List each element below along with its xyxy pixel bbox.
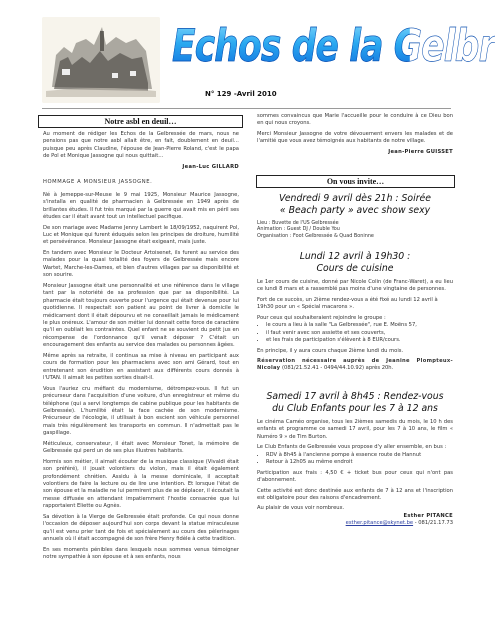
paragraph: En ses moments pénibles dans lesquels no… (43, 547, 239, 562)
issue-number: N° 129 -Avril 2010 (205, 90, 277, 98)
contact-line: esther.pitance@skynet.be - 081/21.17.73 (257, 520, 453, 527)
events-column: Vendredi 9 avril dès 21h : Soirée « Beac… (257, 193, 453, 528)
intro-paragraph: Au moment de rédiger les Echos de la Gel… (43, 131, 239, 161)
event-body: Le cinéma Caméo organise, tous les 2ième… (257, 419, 453, 528)
paragraph: Le 1er cours de cuisine, donné par Nicol… (257, 279, 453, 294)
event-detail-organisation: Organisation : Foot Gelbressée & Quad Bo… (257, 233, 453, 239)
paragraph: Méticuleux, conservateur, il était avec … (43, 441, 239, 456)
paragraph: Monsieur Jassogne était une personnalité… (43, 283, 239, 350)
paragraph: Même après sa retraite, il continua sa m… (43, 353, 239, 383)
right-column-top: sommes convaincus que Marie l'accueille … (257, 113, 453, 164)
event-heading-line: du Club Enfants pour les 7 à 12 ans (257, 403, 453, 415)
paragraph: Cette activité est donc destinée aux enf… (257, 488, 453, 503)
event-heading-cours-cuisine: Lundi 12 avril à 19h30 : Cours de cuisin… (257, 251, 453, 275)
paragraph: Le Club Enfants de Gelbressée vous propo… (257, 444, 453, 451)
reservation-paragraph: Réservation nécessaire auprès de Jeanine… (257, 358, 453, 373)
header-divider (42, 108, 451, 109)
event-heading-line: Lundi 12 avril à 19h30 : (257, 251, 453, 263)
section-title-invite: On vous invite… (256, 175, 455, 188)
list-item: il faut venir avec son assiette et ses c… (266, 330, 453, 337)
paragraph: Au plaisir de vous voir nombreux. (257, 505, 453, 512)
event-heading-line: Vendredi 9 avril dès 21h : Soirée (257, 193, 453, 205)
church-sketch-icon (42, 17, 160, 103)
paragraph: De son mariage avec Madame Jenny Lambert… (43, 225, 239, 247)
section-title-deuil: Notre asbl en deuil… (38, 115, 243, 128)
paragraph: Participation aux frais : 4,50 € + ticke… (257, 470, 453, 485)
list-item: le cours a lieu à la salle "La Gelbressé… (266, 322, 453, 329)
list-item: Retour à 12h05 au même endroit (266, 459, 453, 466)
email-link[interactable]: esther.pitance@skynet.be (346, 520, 413, 526)
bullet-list: RDV à 8h45 à l'ancienne pompe à essence … (257, 452, 453, 467)
list-item: et les frais de participation s'élèvent … (266, 337, 453, 344)
bullet-list: le cours a lieu à la salle "La Gelbressé… (257, 322, 453, 344)
village-sketch-image (42, 17, 160, 103)
event-signature: Esther PITANCE (257, 513, 453, 520)
newsletter-title: Echos de la Gelbressée (172, 14, 410, 79)
event-heading-line: Cours de cuisine (257, 263, 453, 275)
event-heading-club-enfants: Samedi 17 avril à 8h45 : Rendez-vous du … (257, 391, 453, 415)
paragraph: Né à Jemeppe-sur-Meuse le 9 mai 1925, Mo… (43, 192, 239, 222)
event-heading-line: « Beach party » avec show sexy (257, 205, 453, 217)
paragraph: Sa dévotion à la Vierge de Gelbressée ét… (43, 514, 239, 544)
paragraph: Fort de ce succès, un 2ième rendez-vous … (257, 297, 453, 312)
paragraph: Le cinéma Caméo organise, tous les 2ième… (257, 419, 453, 441)
contact-phone: - 081/21.17.73 (413, 520, 453, 526)
paragraph: sommes convaincus que Marie l'accueille … (257, 113, 453, 128)
left-column: Au moment de rédiger les Echos de la Gel… (43, 131, 239, 565)
paragraph: En tandem avec Monsieur le Docteur Artoi… (43, 250, 239, 280)
event-details: Lieu : Buvette de l'US Gelbressée Animat… (257, 220, 453, 239)
paragraph: En principe, il y aura cours chaque 2ièm… (257, 348, 453, 355)
paragraph: Merci Monsieur Jassogne de votre dévouem… (257, 131, 453, 146)
paragraph: Vous l'auriez cru méfiant du modernisme,… (43, 386, 239, 438)
intro-signature: Jean-Luc GILLARD (43, 164, 239, 171)
paragraph: Hormis son métier, il aimait écouter de … (43, 459, 239, 511)
reservation-phone: (081/21.52.41 - 0494/44.10.92) après 20h… (280, 365, 393, 371)
event-body: Le 1er cours de cuisine, donné par Nicol… (257, 279, 453, 373)
hommage-heading: HOMMAGE A MONSIEUR JASSOGNE. (43, 179, 239, 186)
continuation-signature: Jean-Pierre GUISSET (257, 149, 453, 156)
event-heading-line: Samedi 17 avril à 8h45 : Rendez-vous (257, 391, 453, 403)
event-heading-beach-party: Vendredi 9 avril dès 21h : Soirée « Beac… (257, 193, 453, 217)
